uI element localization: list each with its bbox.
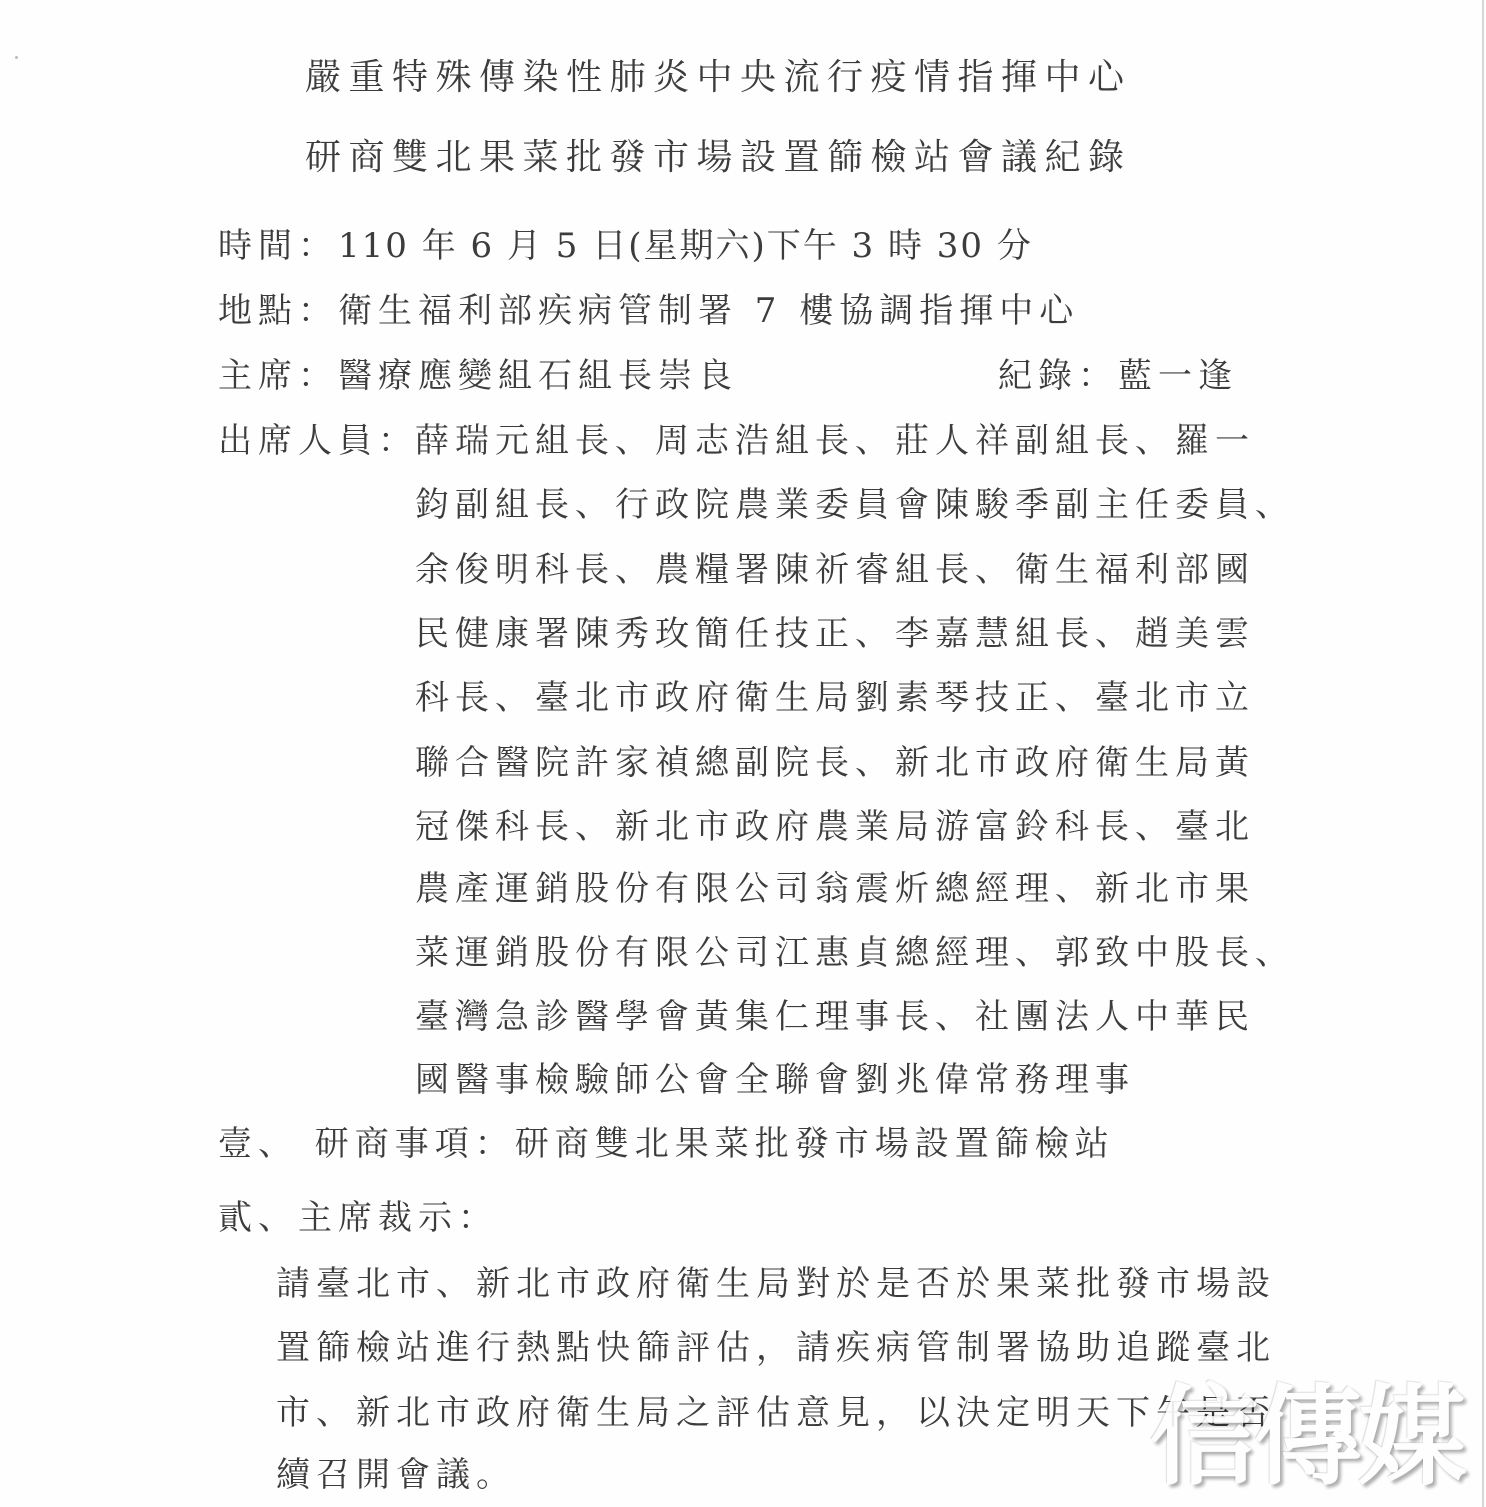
- directive-line: 請臺北市、新北市政府衛生局對於是否於果菜批發市場設: [276, 1264, 1276, 1304]
- time-value: 110 年 6 月 5 日(星期六)下午 3 時 30 分: [338, 226, 1033, 266]
- chair-value: 醫療應變組石組長崇良: [338, 356, 738, 396]
- recorder-value: 藍一逢: [1118, 356, 1238, 396]
- meeting-time: 時間：110 年 6 月 5 日(星期六)下午 3 時 30 分: [218, 226, 1033, 266]
- section-1: 壹、 研商事項：研商雙北果菜批發市場設置篩檢站: [218, 1124, 1115, 1164]
- meeting-chair: 主席：醫療應變組石組長崇良: [218, 356, 738, 396]
- attendees-line: 薛瑞元組長、周志浩組長、莊人祥副組長、羅一: [415, 421, 1255, 461]
- attendees-line: 科長、臺北市政府衛生局劉素琴技正、臺北市立: [415, 678, 1255, 718]
- section-1-value: 研商雙北果菜批發市場設置篩檢站: [515, 1124, 1115, 1164]
- directive-line: 市、新北市政府衛生局之評估意見，以決定明天下午是否: [276, 1393, 1276, 1433]
- directive-line: 續召開會議。: [276, 1455, 516, 1495]
- document-title-line-2: 研商雙北果菜批發市場設置篩檢站會議紀錄: [305, 138, 1132, 178]
- meeting-place: 地點：衛生福利部疾病管制署 7 樓協調指揮中心: [218, 291, 1079, 331]
- attendees-line: 余俊明科長、農糧署陳祈睿組長、衛生福利部國: [415, 550, 1255, 590]
- scan-speck: [15, 56, 18, 59]
- place-value: 衛生福利部疾病管制署 7 樓協調指揮中心: [338, 291, 1079, 331]
- media-watermark: 信傳媒: [1150, 1378, 1462, 1498]
- attendees-line: 聯合醫院許家禎總副院長、新北市政府衛生局黃: [415, 743, 1255, 783]
- section-2-label: 貳、主席裁示：: [218, 1198, 498, 1238]
- meeting-recorder: 紀錄：藍一逢: [998, 356, 1238, 396]
- section-1-label: 壹、 研商事項：: [218, 1124, 515, 1164]
- attendees-label: 出席人員：: [218, 421, 418, 461]
- scanned-document-page: 嚴重特殊傳染性肺炎中央流行疫情指揮中心 研商雙北果菜批發市場設置篩檢站會議紀錄 …: [0, 0, 1486, 1507]
- chair-label: 主席：: [218, 356, 338, 396]
- time-label: 時間：: [218, 226, 338, 266]
- directive-line: 置篩檢站進行熱點快篩評估，請疾病管制署協助追蹤臺北: [276, 1328, 1276, 1368]
- attendees-line: 民健康署陳秀玫簡任技正、李嘉慧組長、趙美雲: [415, 614, 1255, 654]
- page-edge-line: [1482, 0, 1484, 1507]
- recorder-label: 紀錄：: [998, 356, 1118, 396]
- attendees-line: 國醫事檢驗師公會全聯會劉兆偉常務理事: [415, 1060, 1135, 1100]
- place-label: 地點：: [218, 291, 338, 331]
- attendees-line: 臺灣急診醫學會黃集仁理事長、社團法人中華民: [415, 997, 1255, 1037]
- attendees-line: 菜運銷股份有限公司江惠貞總經理、郭致中股長、: [415, 933, 1295, 973]
- attendees-line: 農產運銷股份有限公司翁震炘總經理、新北市果: [415, 869, 1255, 909]
- attendees-line: 冠傑科長、新北市政府農業局游富鈴科長、臺北: [415, 807, 1255, 847]
- document-title-line-1: 嚴重特殊傳染性肺炎中央流行疫情指揮中心: [305, 58, 1132, 98]
- attendees-line: 鈞副組長、行政院農業委員會陳駿季副主任委員、: [415, 485, 1295, 525]
